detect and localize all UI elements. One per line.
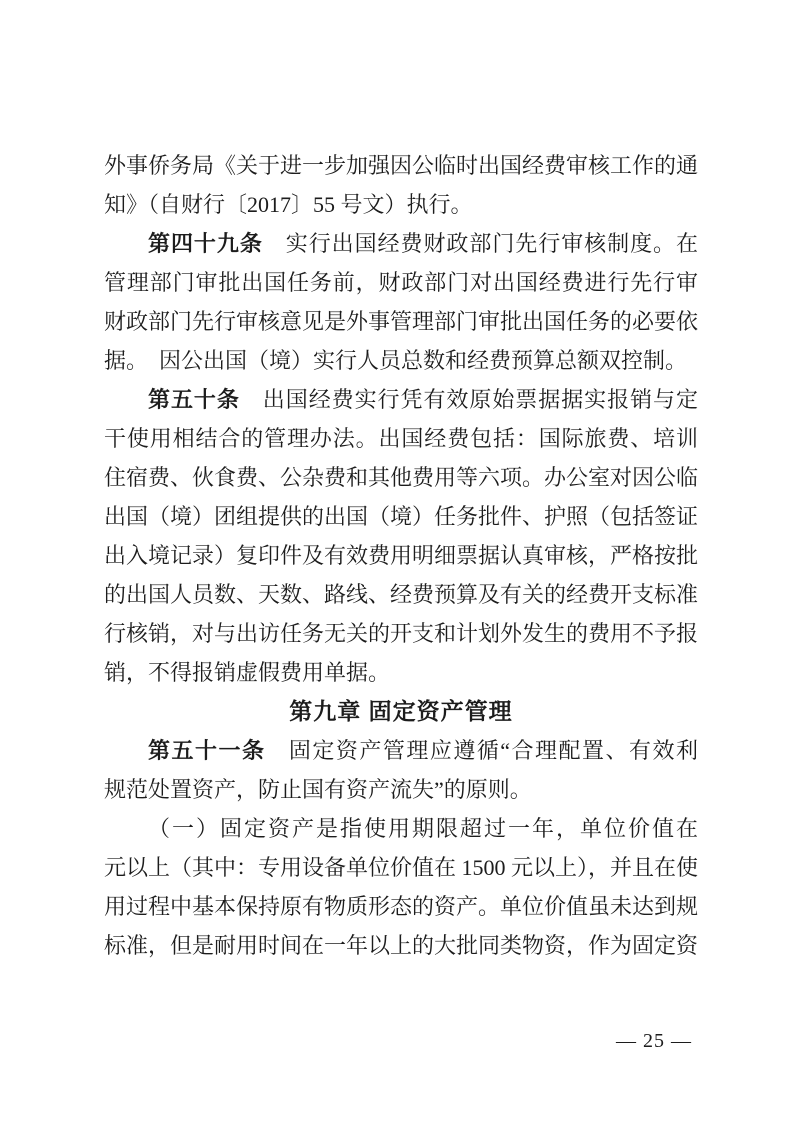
text-line: 据。 因公出国（境）实行人员总数和经费预算总额双控制。	[104, 341, 698, 380]
paragraph-article-49: 第四十九条 实行出国经费财政部门先行审核制度。在外事 管理部门审批出国任务前，财…	[104, 224, 698, 380]
text-line: 的出国人员数、天数、路线、经费预算及有关的经费开支标准进	[104, 575, 698, 614]
document-page: 外事侨务局《关于进一步加强因公临时出国经费审核工作的通 知》（自财行〔2017〕…	[0, 0, 793, 1122]
text-line: 管理部门审批出国任务前，财政部门对出国经费进行先行审核，	[104, 263, 698, 302]
line-text: 管理部门审批出国任务前，财政部门对出国经费进行先行审核，	[104, 270, 698, 302]
text-line: 标准，但是耐用时间在一年以上的大批同类物资，作为固定资产	[104, 926, 698, 965]
text-line: 干使用相结合的管理办法。出国经费包括：国际旅费、培训费、	[104, 419, 698, 458]
text-line: 出入境记录）复印件及有效费用明细票据认真审核，严格按批准	[104, 536, 698, 575]
article-number: 第四十九条	[148, 231, 263, 256]
line-text: 据。 因公出国（境）实行人员总数和经费预算总额双控制。	[104, 348, 687, 373]
paragraph-item-1: （一）固定资产是指使用期限超过一年，单位价值在 1000 元以上（其中：专用设备…	[104, 809, 698, 965]
line-text: 行核销，对与出访任务无关的开支和计划外发生的费用不予报	[104, 621, 698, 646]
text-line: 第五十一条 固定资产管理应遵循“合理配置、有效利用、	[104, 731, 698, 770]
text-line: 第五十条 出国经费实行凭有效原始票据据实报销与定额包	[104, 380, 698, 419]
line-text: 外事侨务局《关于进一步加强因公临时出国经费审核工作的通	[104, 153, 698, 178]
text-line: 住宿费、伙食费、公杂费和其他费用等六项。办公室对因公临时	[104, 458, 698, 497]
line-text: 用过程中基本保持原有物质形态的资产。单位价值虽未达到规定	[104, 894, 698, 926]
line-text: 的出国人员数、天数、路线、经费预算及有关的经费开支标准进	[104, 582, 698, 614]
document-content: 外事侨务局《关于进一步加强因公临时出国经费审核工作的通 知》（自财行〔2017〕…	[104, 146, 698, 965]
line-text: 出国（境）团组提供的出国（境）任务批件、护照（包括签证和	[104, 504, 698, 536]
text-line: （一）固定资产是指使用期限超过一年，单位价值在 1000	[104, 809, 698, 848]
line-text: 销，不得报销虚假费用单据。	[104, 660, 390, 685]
text-line: 出国（境）团组提供的出国（境）任务批件、护照（包括签证和	[104, 497, 698, 536]
line-text: 元以上（其中：专用设备单位价值在 1500 元以上），并且在使	[104, 855, 698, 880]
article-number: 第五十条	[148, 387, 240, 412]
text-line: 元以上（其中：专用设备单位价值在 1500 元以上），并且在使	[104, 848, 698, 887]
chapter-heading: 第九章 固定资产管理	[104, 692, 698, 731]
text-line: 用过程中基本保持原有物质形态的资产。单位价值虽未达到规定	[104, 887, 698, 926]
paragraph-continuation: 外事侨务局《关于进一步加强因公临时出国经费审核工作的通 知》（自财行〔2017〕…	[104, 146, 698, 224]
article-number: 第五十一条	[148, 738, 265, 763]
text-line: 知》（自财行〔2017〕55 号文）执行。	[104, 185, 698, 224]
text-line: 第四十九条 实行出国经费财政部门先行审核制度。在外事	[104, 224, 698, 263]
paragraph-article-51: 第五十一条 固定资产管理应遵循“合理配置、有效利用、 规范处置资产，防止国有资产…	[104, 731, 698, 809]
line-text: 住宿费、伙食费、公杂费和其他费用等六项。办公室对因公临时	[104, 465, 698, 497]
page-number: — 25 —	[616, 1030, 692, 1052]
page-footer: — 25 —	[104, 1026, 692, 1056]
line-text: 知》（自财行〔2017〕55 号文）执行。	[104, 192, 473, 217]
text-line: 行核销，对与出访任务无关的开支和计划外发生的费用不予报	[104, 614, 698, 653]
line-text: 财政部门先行审核意见是外事管理部门审批出国任务的必要依	[104, 309, 698, 334]
line-text: 出入境记录）复印件及有效费用明细票据认真审核，严格按批准	[104, 543, 698, 575]
text-line: 销，不得报销虚假费用单据。	[104, 653, 698, 692]
line-text: 规范处置资产，防止国有资产流失”的原则。	[104, 777, 532, 802]
line-text: （一）固定资产是指使用期限超过一年，单位价值在 1000	[148, 816, 698, 848]
paragraph-article-50: 第五十条 出国经费实行凭有效原始票据据实报销与定额包 干使用相结合的管理办法。出…	[104, 380, 698, 692]
text-line: 规范处置资产，防止国有资产流失”的原则。	[104, 770, 698, 809]
text-line: 外事侨务局《关于进一步加强因公临时出国经费审核工作的通	[104, 146, 698, 185]
text-line: 财政部门先行审核意见是外事管理部门审批出国任务的必要依	[104, 302, 698, 341]
line-text: 标准，但是耐用时间在一年以上的大批同类物资，作为固定资产	[104, 933, 698, 965]
line-text: 干使用相结合的管理办法。出国经费包括：国际旅费、培训费、	[104, 426, 698, 458]
